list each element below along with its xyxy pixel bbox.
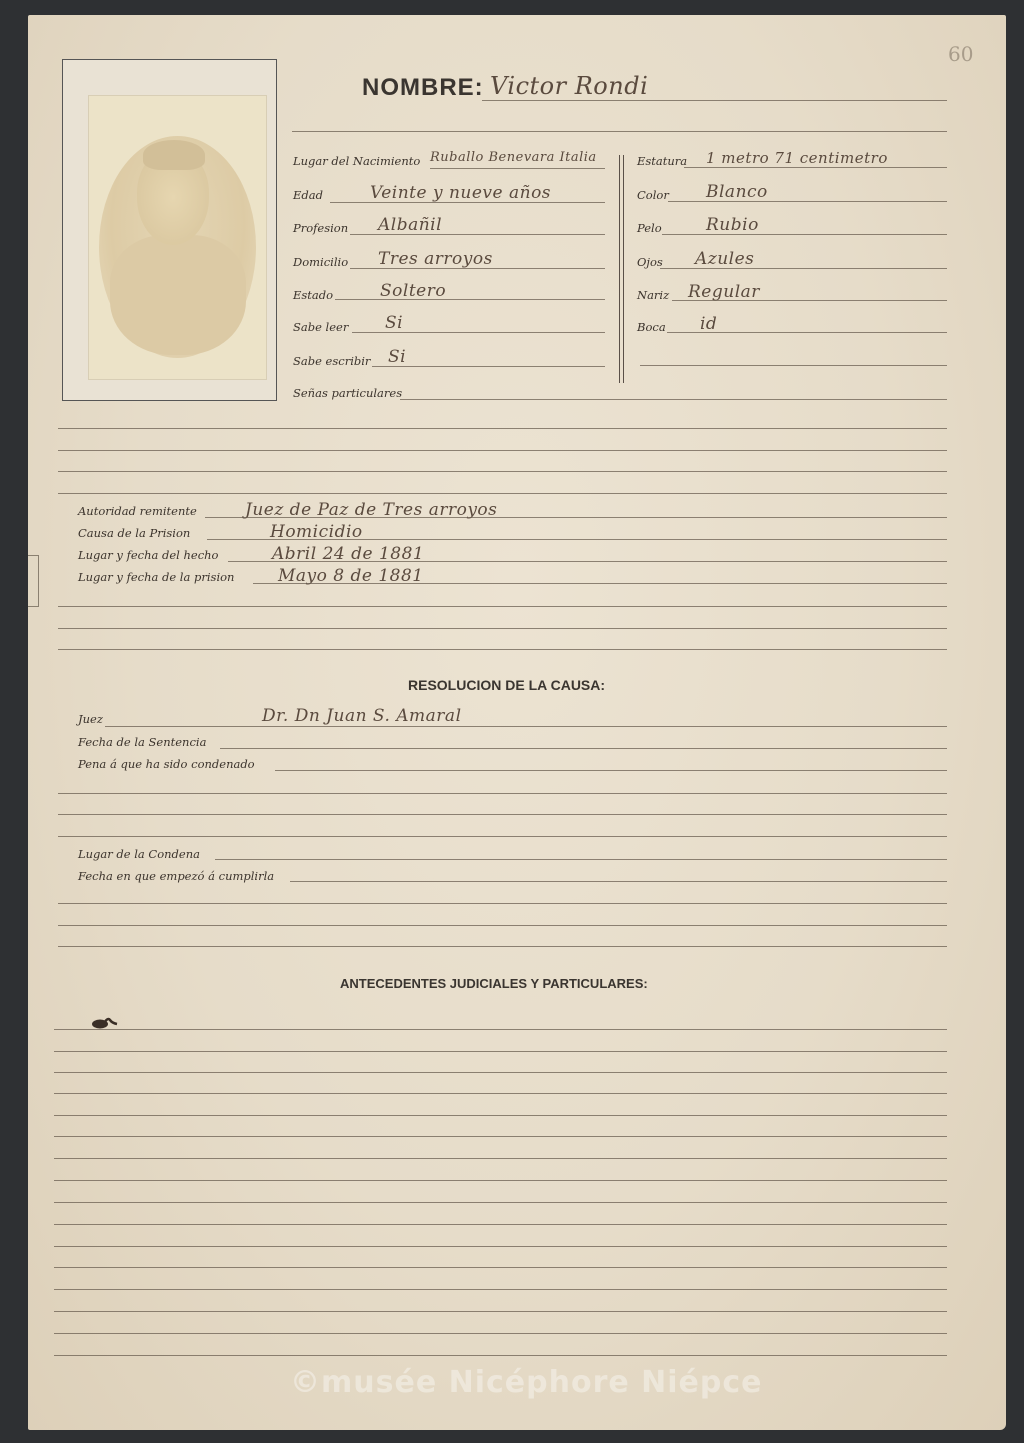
- field-label-start-date: Fecha en que empezó á cumplirla: [78, 869, 274, 883]
- field-value-hair: Rubio: [706, 215, 759, 235]
- rule: [58, 471, 947, 472]
- rule: [105, 726, 947, 727]
- field-value-height: 1 metro 71 centimetro: [706, 149, 888, 167]
- rule: [253, 583, 947, 584]
- field-label-profession: Profesion: [293, 221, 348, 235]
- field-label-birthplace: Lugar del Nacimiento: [293, 154, 420, 168]
- field-value-judge: Dr. Dn Juan S. Amaral: [262, 706, 462, 726]
- rule: [400, 399, 947, 400]
- field-value-profession: Albañil: [378, 215, 442, 235]
- rule: [215, 859, 947, 860]
- field-label-place-date-of-imprisonment: Lugar y fecha de la prision: [78, 570, 234, 584]
- rule: [228, 561, 947, 562]
- name-label: NOMBRE:: [362, 74, 484, 102]
- rule: [54, 1093, 947, 1094]
- field-label-referring-authority: Autoridad remitente: [78, 504, 197, 518]
- watermark: ©musée Nicéphore Niépce: [290, 1365, 763, 1400]
- rule: [58, 836, 947, 837]
- field-value-domicile: Tres arroyos: [378, 249, 493, 269]
- rule: [54, 1158, 947, 1159]
- rule: [54, 1029, 947, 1030]
- field-label-place-of-sentence: Lugar de la Condena: [78, 847, 200, 861]
- rule: [58, 606, 947, 607]
- field-label-sentence: Pena á que ha sido condenado: [78, 757, 255, 771]
- field-value-mouth: id: [700, 314, 717, 334]
- page-number: 60: [948, 42, 973, 66]
- field-value-eyes: Azules: [695, 249, 754, 269]
- field-value-color: Blanco: [706, 182, 768, 202]
- rule: [207, 539, 947, 540]
- field-value-can-write: Si: [388, 347, 406, 367]
- rule: [58, 450, 947, 451]
- rule: [335, 299, 605, 300]
- field-value-civil-status: Soltero: [380, 281, 446, 301]
- rule: [58, 903, 947, 904]
- field-label-mouth: Boca: [637, 320, 666, 334]
- rule: [352, 332, 605, 333]
- rule: [58, 925, 947, 926]
- rule: [660, 268, 947, 269]
- page-tab-edge: [28, 555, 39, 607]
- rule: [330, 202, 605, 203]
- rule: [58, 649, 947, 650]
- rule: [58, 628, 947, 629]
- rule: [54, 1072, 947, 1073]
- rule: [667, 332, 947, 333]
- field-value-birthplace: Ruballo Benevara Italia: [430, 150, 597, 165]
- field-label-civil-status: Estado: [293, 288, 333, 302]
- field-label-place-date-of-act: Lugar y fecha del hecho: [78, 548, 218, 562]
- rule: [54, 1136, 947, 1137]
- field-value-can-read: Si: [385, 313, 403, 333]
- field-value-nose: Regular: [688, 282, 760, 302]
- antecedentes-title: ANTECEDENTES JUDICIALES Y PARTICULARES:: [340, 976, 648, 991]
- rule: [290, 881, 947, 882]
- rule: [54, 1051, 947, 1052]
- field-label-can-write: Sabe escribir: [293, 354, 370, 368]
- rule: [205, 517, 947, 518]
- rule: [220, 748, 947, 749]
- field-label-hair: Pelo: [637, 221, 662, 235]
- rule: [54, 1311, 947, 1312]
- column-divider: [619, 155, 624, 383]
- portrait-body: [110, 235, 246, 355]
- rule: [350, 268, 605, 269]
- rule: [58, 946, 947, 947]
- rule: [668, 201, 947, 202]
- field-label-age: Edad: [293, 188, 323, 202]
- rule: [640, 365, 947, 366]
- rule: [350, 234, 605, 235]
- field-label-sentence-date: Fecha de la Sentencia: [78, 735, 206, 749]
- rule: [54, 1246, 947, 1247]
- rule: [672, 300, 947, 301]
- name-rule: [482, 100, 947, 101]
- field-label-domicile: Domicilio: [293, 255, 348, 269]
- field-label-cause-of-imprisonment: Causa de la Prision: [78, 526, 190, 540]
- rule: [54, 1289, 947, 1290]
- field-label-color: Color: [637, 188, 669, 202]
- rule: [54, 1333, 947, 1334]
- field-label-nose: Nariz: [637, 288, 669, 302]
- field-label-judge: Juez: [78, 712, 103, 726]
- field-label-eyes: Ojos: [637, 255, 663, 269]
- field-label-height: Estatura: [637, 154, 687, 168]
- name-value: Victor Rondi: [490, 72, 648, 100]
- field-label-distinguishing-marks: Señas particulares: [293, 386, 402, 400]
- ink-blot-icon: [90, 1015, 118, 1029]
- rule: [58, 428, 947, 429]
- rule: [54, 1355, 947, 1356]
- rule: [54, 1180, 947, 1181]
- rule: [58, 814, 947, 815]
- field-value-age: Veinte y nueve años: [370, 183, 551, 203]
- rule: [275, 770, 947, 771]
- rule: [54, 1224, 947, 1225]
- rule: [58, 793, 947, 794]
- rule: [54, 1267, 947, 1268]
- rule: [58, 493, 947, 494]
- rule: [430, 168, 605, 169]
- rule: [662, 234, 947, 235]
- rule: [372, 366, 605, 367]
- portrait-hair: [143, 140, 205, 170]
- rule: [292, 131, 947, 132]
- rule: [54, 1115, 947, 1116]
- resolution-title: RESOLUCION DE LA CAUSA:: [408, 677, 605, 693]
- rule: [54, 1202, 947, 1203]
- field-label-can-read: Sabe leer: [293, 320, 348, 334]
- rule: [684, 167, 947, 168]
